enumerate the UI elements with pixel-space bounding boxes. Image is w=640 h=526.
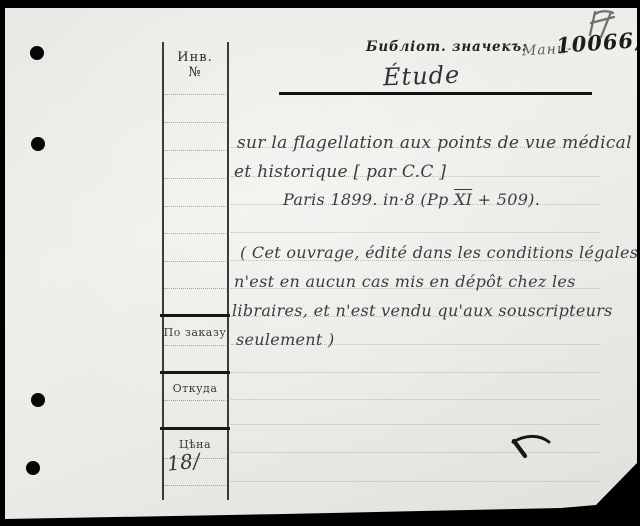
column-ruled-line <box>164 288 226 289</box>
origin-label: Откуда <box>162 382 228 395</box>
body-line: et historique [ par C.C ] <box>234 162 446 182</box>
inventory-number-label: Инв. № <box>162 50 228 80</box>
price-value-handwritten: 18/ <box>166 448 201 475</box>
title-handwritten: Étude <box>383 61 461 92</box>
note-line: n'est en aucun cas mis en dépôt chez les <box>234 272 576 291</box>
imprint-roman-pages: XI <box>454 190 472 209</box>
column-left-line <box>162 42 164 500</box>
library-mark-label: Библіот. значекъ: <box>366 39 528 55</box>
column-right-line <box>227 42 229 500</box>
note-line: ( Cet ouvrage, édité dans les conditions… <box>240 243 640 262</box>
pencil-note-17-mark <box>582 8 618 42</box>
body-line: sur la flagellation aux points de vue mé… <box>237 133 632 153</box>
column-ruled-line <box>164 122 226 123</box>
page-ruled-line <box>231 481 599 482</box>
column-ruled-line <box>164 485 226 486</box>
column-ruled-line <box>164 206 226 207</box>
imprint-prefix: Paris 1899. in·8 (Pp <box>283 190 454 209</box>
arrow-left-mark <box>505 428 553 460</box>
punch-hole <box>26 461 40 475</box>
body-line: Paris 1899. in·8 (Pp XI + 509). <box>283 190 540 209</box>
punch-hole <box>31 393 45 407</box>
page-ruled-line <box>231 232 599 233</box>
order-label: По заказу <box>162 326 228 339</box>
note-line: seulement ) <box>236 330 335 349</box>
punch-hole <box>30 46 44 60</box>
section-divider <box>160 427 230 430</box>
page-ruled-line <box>231 399 599 400</box>
page-ruled-line <box>231 372 599 373</box>
page-ruled-line <box>231 424 599 425</box>
inventory-label-line1: Инв. <box>162 50 228 65</box>
inventory-label-line2: № <box>162 65 228 80</box>
column-ruled-line <box>164 150 226 151</box>
column-ruled-line <box>164 345 226 346</box>
note-line: libraires, et n'est vendu qu'aux souscri… <box>232 301 613 320</box>
column-ruled-line <box>164 233 226 234</box>
card-content: Инв. № По заказу Откуда Цѣна 18/ Библіот… <box>0 0 640 526</box>
section-divider <box>160 371 230 374</box>
imprint-suffix: + 509). <box>472 190 540 209</box>
section-divider <box>160 314 230 317</box>
catalog-card-paper: Инв. № По заказу Откуда Цѣна 18/ Библіот… <box>5 8 637 520</box>
column-ruled-line <box>164 400 226 401</box>
column-ruled-line <box>164 178 226 179</box>
column-ruled-line <box>164 94 226 95</box>
punch-hole <box>31 137 45 151</box>
column-ruled-line <box>164 261 226 262</box>
title-underline <box>279 92 592 95</box>
